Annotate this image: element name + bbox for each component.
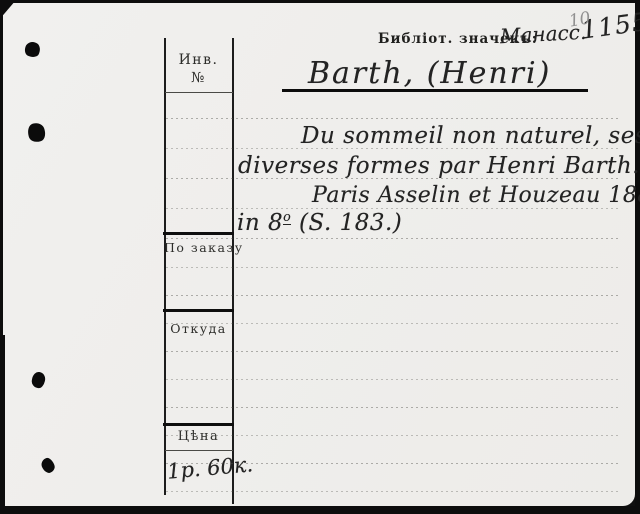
- title-line: Du sommeil non naturel, ses: [301, 123, 640, 149]
- inventory-number-label: Инв.: [164, 52, 233, 68]
- ruled-line: [166, 323, 618, 324]
- scan-edge-top: [0, 0, 640, 3]
- section-divider: [163, 232, 234, 235]
- ruled-line: [166, 178, 618, 179]
- ruled-line: [166, 379, 618, 380]
- cell-underline: [165, 450, 233, 451]
- order-label: По заказу: [164, 240, 233, 255]
- ruled-line: [166, 148, 618, 149]
- ruled-line: [166, 491, 618, 492]
- format-line: in 8o (S. 183.): [237, 210, 402, 236]
- scan-background: { "page": { "pencil_note": "10" }, "stam…: [0, 0, 640, 514]
- ruled-line: [166, 267, 618, 268]
- ruled-line: [166, 351, 618, 352]
- scan-edge-bottom: [0, 506, 640, 514]
- imprint-line: Paris Asselin et Houzeau 1886: [312, 183, 640, 208]
- ruled-line: [166, 238, 618, 239]
- price-label: Цѣна: [164, 429, 233, 444]
- format-pages: (S. 183.): [291, 210, 402, 236]
- ruled-line: [166, 295, 618, 296]
- ruled-line: [166, 407, 618, 408]
- ruled-line: [166, 118, 618, 119]
- inventory-number-sign: №: [164, 70, 233, 86]
- section-divider: [163, 309, 234, 312]
- scan-edge-right: [635, 0, 640, 514]
- heading-underline: [282, 89, 588, 92]
- ruled-line: [166, 463, 618, 464]
- section-divider: [163, 423, 234, 426]
- title-line: diverses formes par Henri Barth.: [238, 153, 640, 179]
- author-heading: Barth, (Henri): [308, 56, 551, 91]
- scan-edge-left: [0, 335, 5, 514]
- cell-underline: [165, 92, 233, 93]
- pencil-page-number: 10: [567, 8, 592, 31]
- ruled-line: [166, 435, 618, 436]
- ruled-line: [166, 208, 618, 209]
- format-prefix: in 8: [237, 210, 283, 236]
